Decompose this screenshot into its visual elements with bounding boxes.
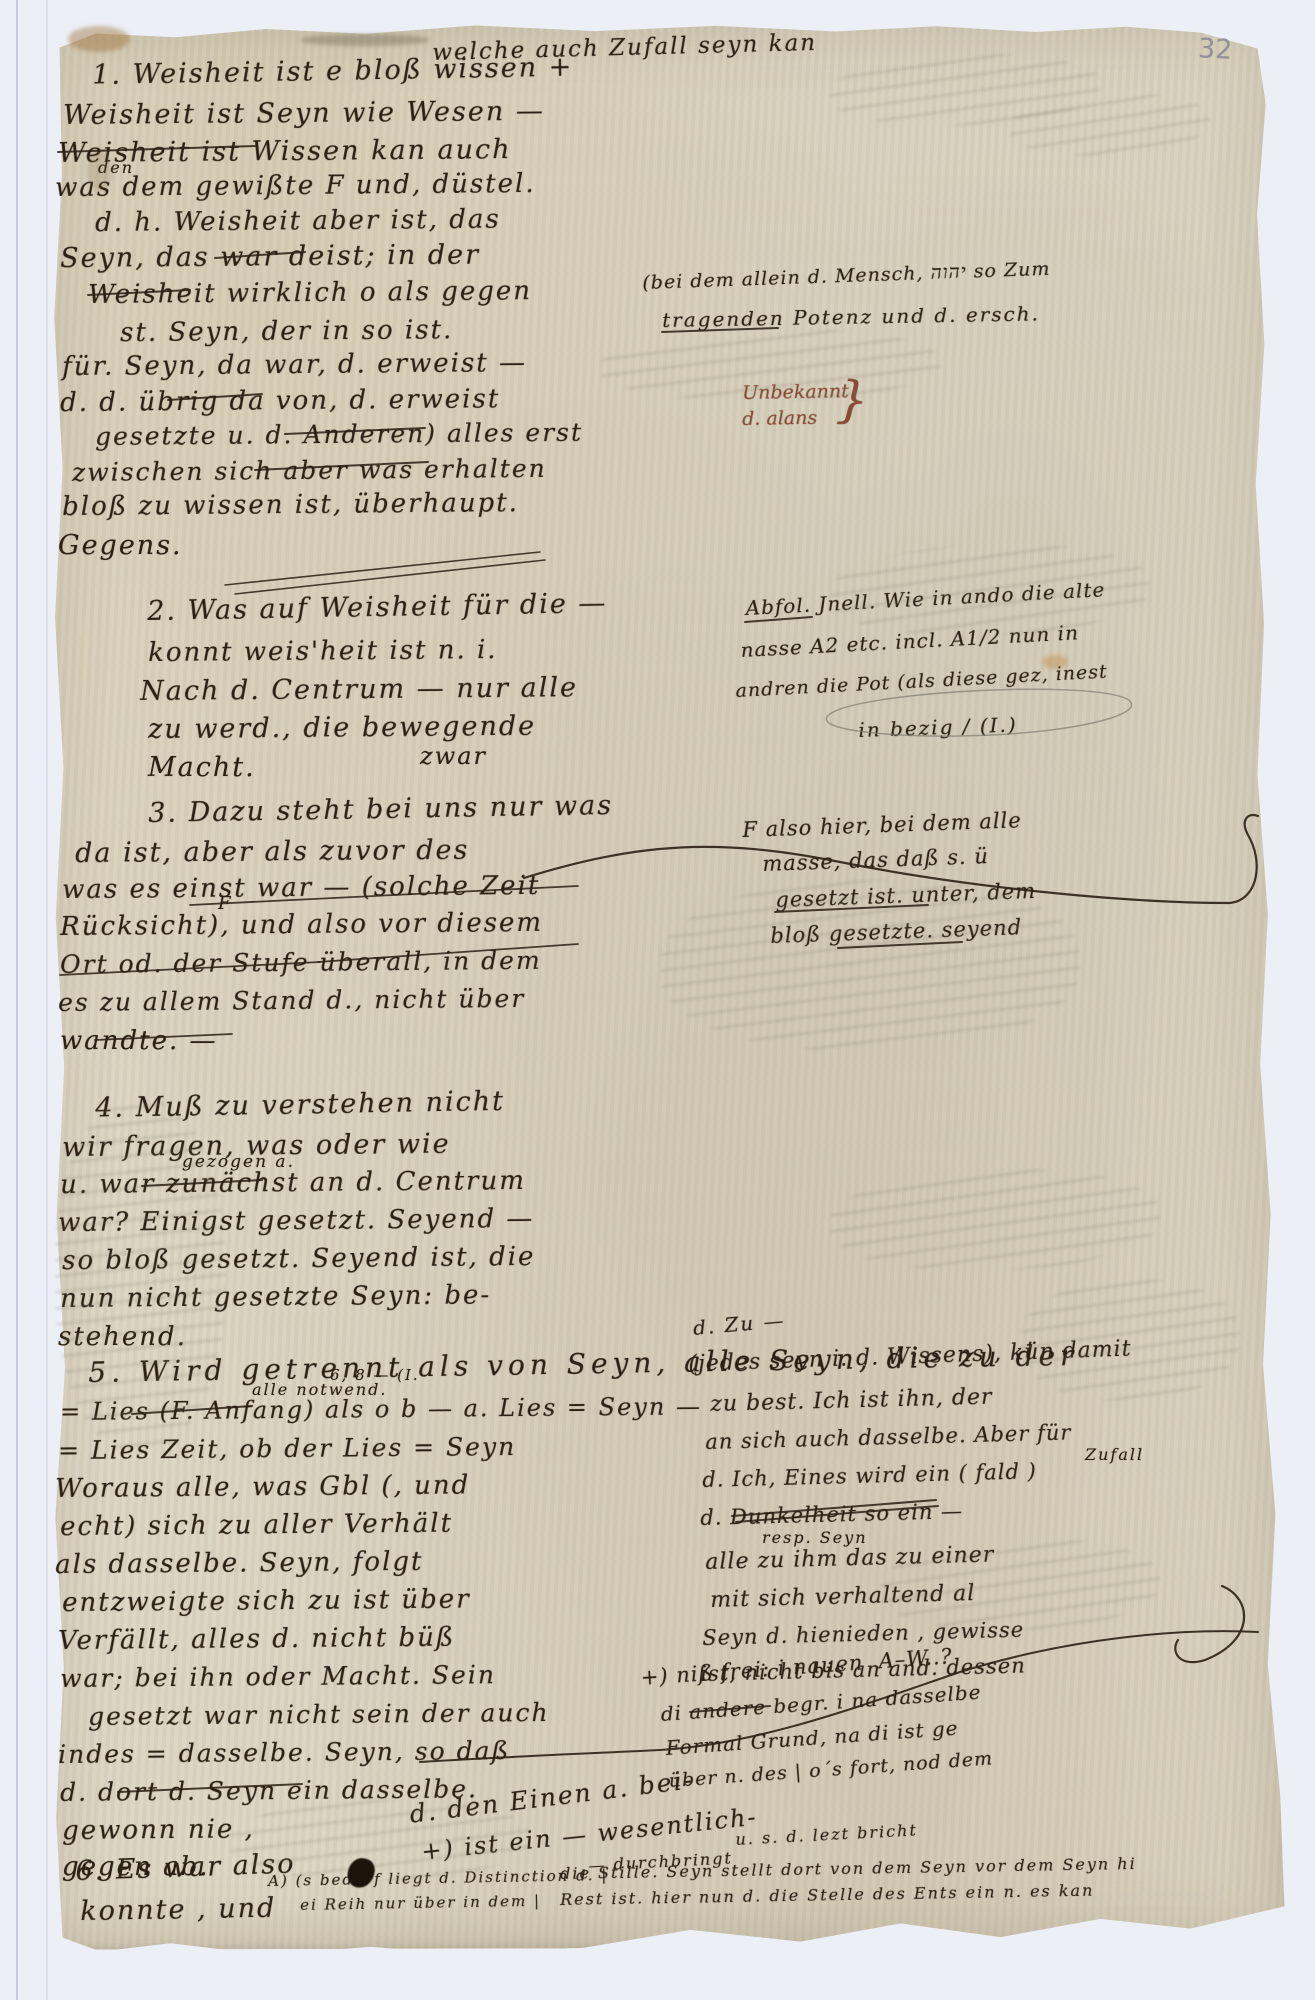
paper-stain xyxy=(300,34,430,46)
section-1-line: gesetzte u. d. Anderen) alles erst xyxy=(95,418,583,451)
section-3-line: Ort od. der Stufe überall, in dem xyxy=(60,946,542,979)
section-1-line: für. Seyn, da war, d. erweist — xyxy=(62,348,527,382)
section-5-line: war; bei ihn oder Macht. Sein xyxy=(60,1660,496,1693)
bleed-through-ghost xyxy=(599,327,940,403)
section-2-line: zu werd., die bewegende xyxy=(148,711,536,745)
section-3-line: da ist, aber als zuvor des xyxy=(75,835,469,869)
bleed-through-ghost xyxy=(829,539,1152,640)
section-2-line: Macht. xyxy=(148,752,256,783)
section-5-line: Woraus alle, was Gbl (, und xyxy=(55,1470,470,1504)
section-3-line: es zu allem Stand d., nicht über xyxy=(58,984,525,1017)
margin-note-5-line: d. Dunkelheit so ein — xyxy=(700,1499,963,1530)
section-2-line: Nach d. Centrum — nur alle xyxy=(140,672,578,707)
footnote-bottom-line: ei Reih nur über in dem | xyxy=(300,1892,541,1914)
margin-note-5-line: d. Ich, Eines wird ein ( fald ) xyxy=(702,1459,1037,1492)
section-1-line: Seyn, das war deist; in der xyxy=(60,239,480,274)
margin-note-5-line: Zufall xyxy=(1085,1445,1144,1464)
margin-note-5-line: an sich auch dasselbe. Aber für xyxy=(705,1420,1072,1454)
paper-stain xyxy=(68,26,130,52)
section-1-line: Gegens. xyxy=(58,530,183,561)
bleed-through-ghost xyxy=(659,876,1082,1053)
bleed-through-ghost xyxy=(1018,1276,1242,1404)
section-5-line: als dasselbe. Seyn, folgt xyxy=(55,1547,424,1580)
section-3-line: was es einst war — (solche Zeit xyxy=(62,871,540,905)
section-1-line: st. Seyn, der in so ist. xyxy=(120,315,453,348)
heading-line: welche auch Zufall seyn kan xyxy=(432,30,817,66)
paper-stain xyxy=(88,148,112,192)
bleed-through-ghost xyxy=(828,1164,1161,1275)
section-2-line: 2. Was auf Weisheit für die — xyxy=(147,588,608,627)
margin-note-5-line: d. Zu — xyxy=(692,1308,786,1340)
margin-note-1-line: (bei dem allein d. Mensch, יהוה so Zum xyxy=(642,258,1051,295)
section-5-line: gesetzt war nicht sein der auch xyxy=(88,1698,550,1731)
margin-note-4-line: masse, das daß s. ü xyxy=(762,844,989,876)
scanned-manuscript-page: 32 1. Weisheit ist e bloß wissen +welche… xyxy=(0,0,1315,2000)
section-5-line: Verfällt, alles d. nicht büß xyxy=(58,1623,455,1656)
margin-note-2-line: d. alans xyxy=(742,407,817,430)
section-3-line: wandte. — xyxy=(60,1026,218,1056)
section-1-line: Weisheit ist Seyn wie Wesen — xyxy=(63,96,545,131)
section-1-line: Weisheit wirklich o als gegen xyxy=(88,276,532,310)
section-5-line: indes = dasselbe. Seyn, so daß xyxy=(58,1736,510,1769)
section-1-line: d. d. übrig da von, d. erweist xyxy=(60,384,500,418)
section-5-line: entzweigte sich zu ist über xyxy=(62,1584,471,1618)
section-5-line: gewonn nie , xyxy=(62,1814,255,1846)
section-2-line: zwar xyxy=(420,742,487,770)
section-6-line: konnte , und xyxy=(80,1893,277,1927)
footnote-bottom-line: u. s. d. lezt bricht xyxy=(735,1820,918,1849)
paper-stain xyxy=(1042,655,1068,669)
margin-note-3-line: in bezig / (I.) xyxy=(858,712,1018,742)
footnote-bottom-line: Rest ist. hier nun d. die Stelle des Ent… xyxy=(560,1881,1095,1909)
section-5-line: echt) sich zu aller Verhält xyxy=(60,1509,453,1542)
section-1-line: bloß zu wissen ist, überhaupt. xyxy=(62,488,519,522)
margin-note-5-line: zu best. Ich ist ihn, der xyxy=(710,1385,993,1417)
margin-note-5-line: resp. Seyn xyxy=(762,1528,868,1547)
section-1-line: zwischen sich aber was erhalten xyxy=(72,454,547,487)
section-3-line: 3. Dazu steht bei uns nur was xyxy=(148,790,613,829)
margin-note-1-line: tragenden Potenz und d. ersch. xyxy=(662,301,1040,332)
handwriting-layer: 1. Weisheit ist e bloß wissen +welche au… xyxy=(0,0,1315,2000)
margin-note-4-line: F also hier, bei dem alle xyxy=(742,808,1022,842)
section-1-line: d. h. Weisheit aber ist, das xyxy=(95,204,501,238)
section-2-line: konnt weis'heit ist n. i. xyxy=(148,635,498,668)
section-5-line: 6, 8 — (I. xyxy=(330,1366,420,1384)
bleed-through-ghost xyxy=(55,1100,225,1450)
section-3-line: Rücksicht), und also vor diesem xyxy=(60,908,543,942)
